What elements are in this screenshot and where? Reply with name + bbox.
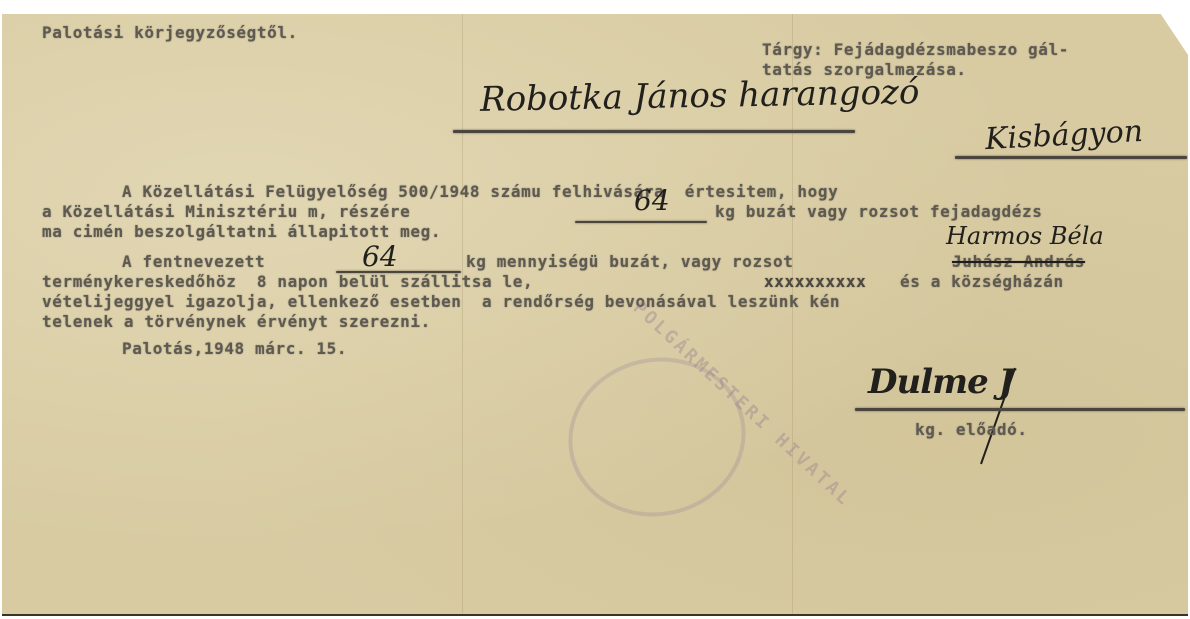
paper-fold-line	[462, 14, 463, 614]
body-p2-line1-start: A fentnevezett	[122, 252, 265, 271]
amount-handwritten-2: 64	[362, 240, 398, 273]
body-p1-line1: A Közellátási Felügyelőség 500/1948 szám…	[122, 182, 838, 201]
body-p1-line2-start: a Közellátási Minisztériu m, részére	[42, 202, 410, 221]
signature-flourish	[975, 360, 1035, 470]
struck-merchant-name: Juhász András	[952, 252, 1085, 271]
body-p2-line1-mid: kg mennyiségü buzát, vagy rozsot	[466, 252, 793, 271]
signature-line	[855, 408, 1185, 411]
merchant-handwritten: Harmos Béla	[946, 222, 1104, 250]
date-line: Palotás,1948 márc. 15.	[122, 339, 347, 358]
signatory-title: kg. előadó.	[915, 420, 1028, 439]
amount-blank-1	[575, 221, 707, 223]
subject-line-1: Tárgy: Fejádagdézsmabeszo gál-	[762, 40, 1069, 59]
place-underline	[955, 156, 1187, 159]
body-p2-line2-start: terménykereskedőhöz 8 napon belül szálli…	[42, 272, 533, 291]
body-p2-line4: telenek a törvénynek érvényt szerezni.	[42, 312, 431, 331]
body-p1-line2-end: kg buzát vagy rozsot fejadagdézs	[715, 202, 1042, 221]
sender-line: Palotási körjegyzőségtől.	[42, 23, 298, 42]
addressee-handwritten: Robotka János harangozó	[480, 72, 920, 120]
typed-overstrike: xxxxxxxxxx	[764, 272, 866, 291]
amount-handwritten-1: 64	[634, 184, 670, 217]
body-p2-line3: vételijeggyel igazolja, ellenkező esetbe…	[42, 292, 840, 311]
addressee-underline	[453, 130, 855, 133]
body-p2-line2-end: és a községházán	[900, 272, 1064, 291]
body-p1-line3: ma cimén beszolgáltatni állapitott meg.	[42, 222, 441, 241]
